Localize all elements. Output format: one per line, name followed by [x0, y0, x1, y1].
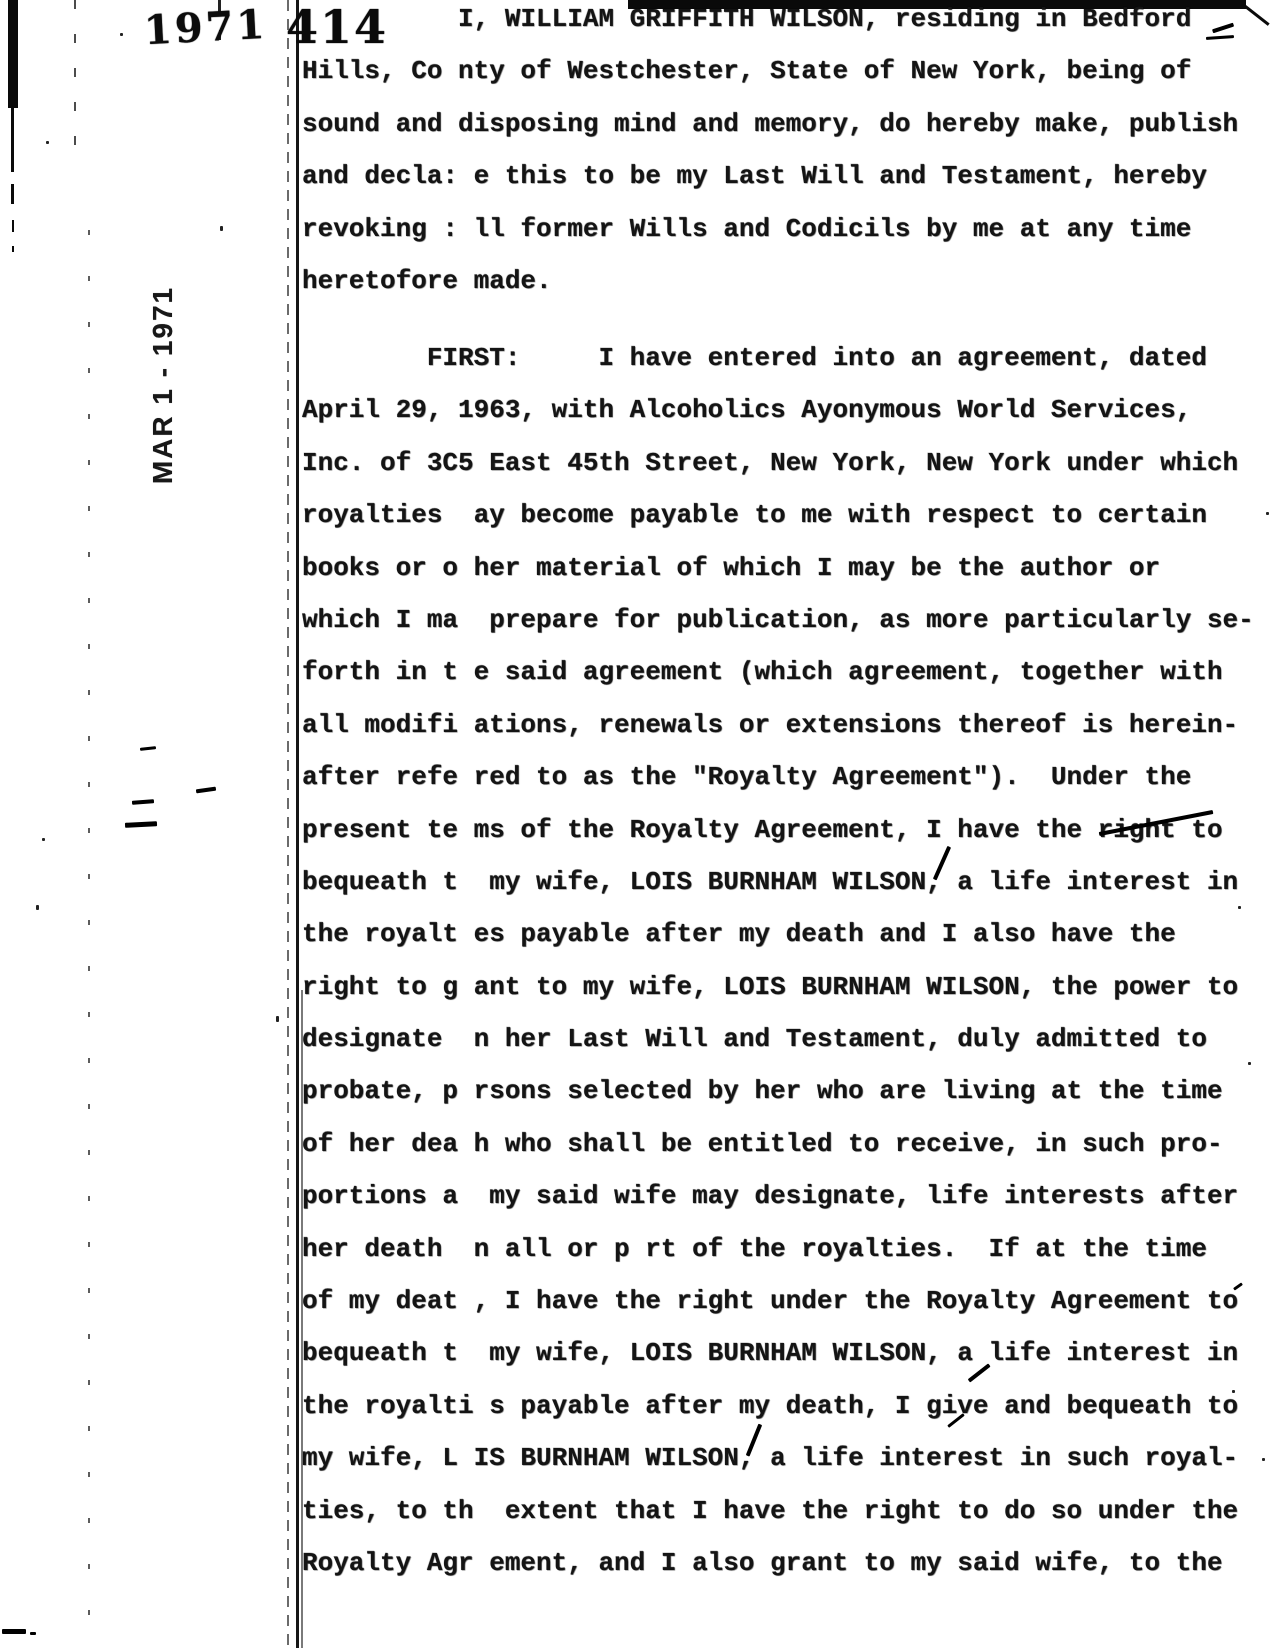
text-line: April 29, 1963, with Alcoholics Ayonymou… — [302, 384, 1254, 436]
pen-margin-mark — [140, 746, 156, 751]
text-line: revoking : ll former Wills and Codicils … — [302, 203, 1238, 255]
text-line: I, WILLIAM GRIFFITH WILSON, residing in … — [302, 0, 1238, 45]
text-line: designate n her Last Will and Testament,… — [302, 1013, 1254, 1065]
scan-speck — [220, 226, 223, 231]
scan-dashed-line — [88, 230, 90, 1645]
text-line: the royalt es payable after my death and… — [302, 908, 1254, 960]
pen-margin-mark — [132, 799, 154, 805]
pen-margin-dash — [196, 787, 216, 794]
scan-left-bar-dash — [11, 184, 14, 204]
margin-rule-dashed — [287, 0, 289, 1648]
text-line: and decla: e this to be my Last Will and… — [302, 150, 1238, 202]
text-line: portions a my said wife may designate, l… — [302, 1170, 1254, 1222]
scanned-will-page: 1971 414 MAR 1 - 1971 I, WILLIAM GRIFFIT… — [0, 0, 1280, 1648]
scan-left-black-bar — [8, 0, 18, 108]
scan-speck — [46, 141, 49, 144]
scan-speck — [36, 905, 39, 910]
text-line: bequeath t my wife, LOIS BURNHAM WILSON,… — [302, 856, 1254, 908]
text-line: sound and disposing mind and memory, do … — [302, 98, 1238, 150]
text-line: right to g ant to my wife, LOIS BURNHAM … — [302, 961, 1254, 1013]
first-article-paragraph: FIRST: I have entered into an agreement,… — [302, 332, 1254, 1589]
text-line: all modifi ations, renewals or extension… — [302, 699, 1254, 751]
scan-bottom-smudge — [30, 1632, 36, 1635]
scan-speck — [42, 838, 45, 841]
text-line: forth in t e said agreement (which agree… — [302, 646, 1254, 698]
opening-paragraph: I, WILLIAM GRIFFITH WILSON, residing in … — [302, 0, 1238, 307]
scan-left-bar-dash — [12, 220, 14, 232]
scan-speck — [120, 33, 123, 36]
handwritten-year: 1971 — [143, 1, 269, 54]
text-line: ties, to th extent that I have the right… — [302, 1485, 1254, 1537]
margin-rule-solid — [296, 0, 299, 1648]
document-body: I, WILLIAM GRIFFITH WILSON, residing in … — [300, 0, 1268, 1648]
text-line: bequeath t my wife, LOIS BURNHAM WILSON,… — [302, 1327, 1254, 1379]
text-line: FIRST: I have entered into an agreement,… — [302, 332, 1254, 384]
text-line: books or o her material of which I may b… — [302, 542, 1254, 594]
pen-margin-mark — [125, 821, 157, 827]
text-line: of her dea h who shall be entitled to re… — [302, 1118, 1254, 1170]
text-line: which I ma prepare for publication, as m… — [302, 594, 1254, 646]
text-line: Inc. of 3C5 East 45th Street, New York, … — [302, 437, 1254, 489]
scan-bottom-smudge — [2, 1629, 26, 1634]
text-line: her death n all or p rt of the royalties… — [302, 1223, 1254, 1275]
text-line: the royalti s payable after my death, I … — [302, 1380, 1254, 1432]
scan-left-bar-dash — [12, 246, 14, 252]
scan-dashed-line — [74, 0, 76, 165]
text-line: royalties ay become payable to me with r… — [302, 489, 1254, 541]
text-line: after refe red to as the "Royalty Agreem… — [302, 751, 1254, 803]
text-line: heretofore made. — [302, 255, 1238, 307]
date-received-stamp: MAR 1 - 1971 — [138, 275, 188, 495]
text-line: my wife, L IS BURNHAM WILSON, a life int… — [302, 1432, 1254, 1484]
text-line: Hills, Co nty of Westchester, State of N… — [302, 45, 1238, 97]
text-line: Royalty Agr ement, and I also grant to m… — [302, 1537, 1254, 1589]
text-line: of my deat , I have the right under the … — [302, 1275, 1254, 1327]
scan-speck — [276, 1016, 279, 1022]
text-line: probate, p rsons selected by her who are… — [302, 1065, 1254, 1117]
scan-left-bar-thin — [11, 108, 14, 172]
